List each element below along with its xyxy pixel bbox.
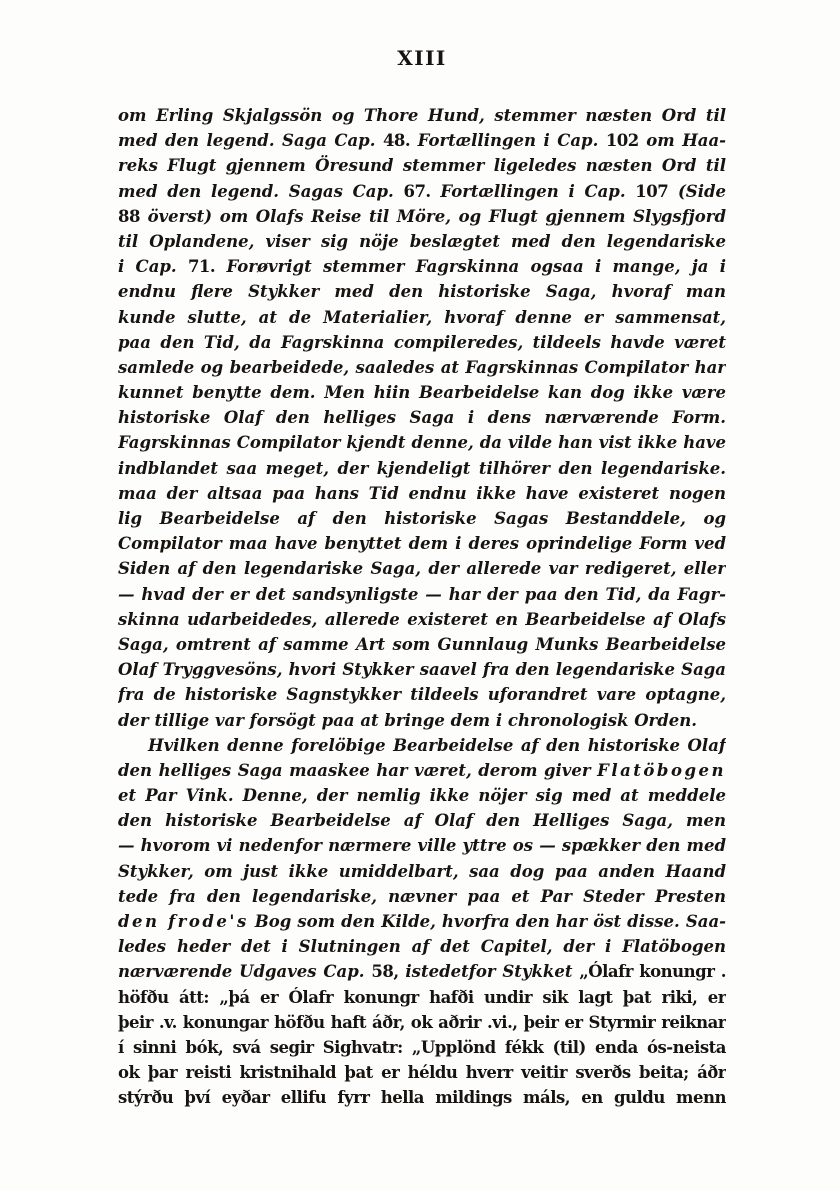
text-line: Stykker, om just ikke umiddelbart, saa d… (118, 859, 726, 884)
text-line: Compilator maa have benyttet dem i deres… (118, 531, 726, 556)
text-segment: 71. (188, 257, 215, 276)
text-segment: istedetfor Stykket (399, 962, 580, 981)
text-segment: til Oplandene, viser sig nöje beslægtet … (118, 232, 726, 254)
text-line: der tillige var forsögt paa at bringe de… (118, 708, 726, 733)
text-line: stýrðu því eyðar ellifu fyrr hella mildi… (118, 1085, 726, 1110)
text-line: lig Bearbeidelse af den historiske Sagas… (118, 506, 726, 531)
text-segment: Fagrskinnas Compilator kjendt denne, da … (118, 433, 726, 452)
text-segment: í sinni bók, svá segir Sighvatr: „Upplön… (118, 1038, 726, 1057)
text-line: nærværende Udgaves Cap. 58, istedetfor S… (118, 959, 726, 984)
text-line: ledes heder det i Slutningen af det Capi… (118, 934, 726, 959)
text-segment: kunnet benytte dem. Men hiin Bearbeidels… (118, 383, 726, 405)
text-segment: reks Flugt gjennem Öresund stemmer ligel… (118, 156, 726, 178)
text-line: historiske Olaf den helliges Saga i dens… (118, 405, 726, 430)
text-segment: höfðu átt: „þá er Ólafr konungr hafði un… (118, 988, 726, 1007)
text-line: kunnet benytte dem. Men hiin Bearbeidels… (118, 380, 726, 405)
text-line: Olaf Tryggvesöns, hvori Stykker saavel f… (118, 657, 726, 682)
text-segment: paa den Tid, da Fagrskinna compileredes,… (118, 333, 726, 352)
text-segment: tede fra den legendariske, nævner paa et… (118, 887, 726, 906)
text-line: med den legend. Sagas Cap. 67. Fortællin… (118, 179, 726, 204)
text-line: ok þar reisti kristnihald þat er héldu h… (118, 1060, 726, 1085)
text-segment: 67. (403, 182, 430, 201)
text-segment: maa der altsaa paa hans Tid endnu ikke h… (118, 484, 726, 506)
text-segment: Olaf Tryggvesöns, hvori Stykker saavel f… (118, 660, 726, 682)
text-segment: överst) om Olafs Reise til Möre, og Flug… (140, 207, 726, 226)
text-segment: Stykker, om just ikke umiddelbart, saa d… (118, 862, 726, 884)
text-line: fra de historiske Sagnstykker tildeels u… (118, 682, 726, 707)
text-segment: endnu flere Stykker med den historiske S… (118, 282, 726, 304)
text-segment: fra de historiske Sagnstykker tildeels u… (118, 685, 726, 707)
text-segment: historiske Olaf den helliges Saga i dens… (118, 408, 726, 430)
text-segment: lig Bearbeidelse af den historiske Sagas… (118, 509, 726, 531)
text-line: i Cap. 71. Forøvrigt stemmer Fagrskinna … (118, 254, 726, 279)
page-text-block: om Erling Skjalgssön og Thore Hund, stem… (118, 103, 726, 1111)
text-line: den helliges Saga maaskee har været, der… (118, 758, 726, 783)
text-segment: ledes heder det i Slutningen af det Capi… (118, 937, 726, 959)
text-segment: den helliges Saga maaskee har været, der… (118, 761, 597, 780)
text-segment: — hvorom vi nedenfor nærmere ville yttre… (118, 836, 726, 855)
text-segment: — hvad der er det sandsynligste — har de… (118, 585, 726, 604)
text-line: skinna udarbeidedes, allerede existeret … (118, 607, 726, 632)
text-segment: med den legend. Sagas Cap. (118, 182, 403, 201)
text-line: Saga, omtrent af samme Art som Gunnlaug … (118, 632, 726, 657)
text-segment: skinna udarbeidedes, allerede existeret … (118, 610, 726, 629)
text-line: 88 överst) om Olafs Reise til Möre, og F… (118, 204, 726, 229)
text-segment: Hvilken denne forelöbige Bearbeidelse af… (148, 736, 726, 755)
text-segment: Forøvrigt stemmer Fagrskinna ogsaa i man… (215, 257, 726, 276)
text-line: — hvorom vi nedenfor nærmere ville yttre… (118, 833, 726, 858)
text-segment: den frode's (118, 912, 249, 931)
text-line: endnu flere Stykker med den historiske S… (118, 279, 726, 304)
text-line: et Par Vink. Denne, der nemlig ikke nöje… (118, 783, 726, 808)
text-line: maa der altsaa paa hans Tid endnu ikke h… (118, 481, 726, 506)
text-line: Siden af den legendariske Saga, der alle… (118, 556, 726, 581)
text-line: Hvilken denne forelöbige Bearbeidelse af… (118, 733, 726, 758)
text-line: indblandet saa meget, der kjendeligt til… (118, 456, 726, 481)
text-line: — hvad der er det sandsynligste — har de… (118, 582, 726, 607)
text-line: den frode's Bog som den Kilde, hvorfra d… (118, 909, 726, 934)
text-segment: den historiske Bearbeidelse af Olaf den … (118, 811, 726, 833)
text-line: paa den Tid, da Fagrskinna compileredes,… (118, 330, 726, 355)
text-segment: om Haa- (639, 131, 726, 150)
text-segment: kunde slutte, at de Materialier, hvoraf … (118, 308, 726, 330)
text-line: í sinni bók, svá segir Sighvatr: „Upplön… (118, 1035, 726, 1060)
text-line: den historiske Bearbeidelse af Olaf den … (118, 808, 726, 833)
text-segment: om Erling Skjalgssön og Thore Hund, stem… (118, 106, 726, 128)
book-page: XIII om Erling Skjalgssön og Thore Hund,… (0, 0, 840, 1191)
text-segment: 107 (635, 182, 668, 201)
text-line: höfðu átt: „þá er Ólafr konungr hafði un… (118, 985, 726, 1010)
text-segment: Compilator maa have benyttet dem i deres… (118, 534, 726, 553)
text-segment: samlede og bearbeidede, saaledes at Fagr… (118, 358, 726, 377)
page-number: XIII (118, 46, 726, 70)
text-segment: Bog som den Kilde, hvorfra den har öst d… (249, 912, 726, 931)
text-segment: (Side (668, 182, 726, 201)
text-segment: ok þar reisti kristnihald þat er héldu h… (118, 1063, 726, 1082)
text-line: þeir .v. konungar höfðu haft áðr, ok aðr… (118, 1010, 726, 1035)
text-segment: i Cap. (118, 257, 188, 276)
text-segment: Siden af den legendariske Saga, der alle… (118, 559, 726, 581)
text-segment: der tillige var forsögt paa at bringe de… (118, 711, 697, 730)
text-segment: 58, (371, 962, 398, 981)
text-segment: þeir .v. konungar höfðu haft áðr, ok aðr… (118, 1013, 726, 1032)
text-line: tede fra den legendariske, nævner paa et… (118, 884, 726, 909)
text-line: om Erling Skjalgssön og Thore Hund, stem… (118, 103, 726, 128)
text-segment: Saga, omtrent af samme Art som Gunnlaug … (118, 635, 726, 657)
text-segment: med den legend. Saga Cap. (118, 131, 383, 150)
text-line: til Oplandene, viser sig nöje beslægtet … (118, 229, 726, 254)
text-line: med den legend. Saga Cap. 48. Fortælling… (118, 128, 726, 153)
text-line: kunde slutte, at de Materialier, hvoraf … (118, 305, 726, 330)
text-line: samlede og bearbeidede, saaledes at Fagr… (118, 355, 726, 380)
text-segment: Fortællingen i Cap. (410, 131, 606, 150)
text-segment: Fortællingen i Cap. (431, 182, 636, 201)
text-segment: 48. (383, 131, 410, 150)
text-line: Fagrskinnas Compilator kjendt denne, da … (118, 430, 726, 455)
text-segment: indblandet saa meget, der kjendeligt til… (118, 459, 726, 481)
text-segment: Flatöbogen (597, 761, 726, 780)
text-line: reks Flugt gjennem Öresund stemmer ligel… (118, 153, 726, 178)
text-segment: stýrðu því eyðar ellifu fyrr hella mildi… (118, 1088, 726, 1110)
text-segment: 88 (118, 207, 140, 226)
text-segment: nærværende Udgaves Cap. (118, 962, 371, 981)
text-segment: 102 (606, 131, 639, 150)
text-segment: et Par Vink. Denne, der nemlig ikke nöje… (118, 786, 726, 808)
